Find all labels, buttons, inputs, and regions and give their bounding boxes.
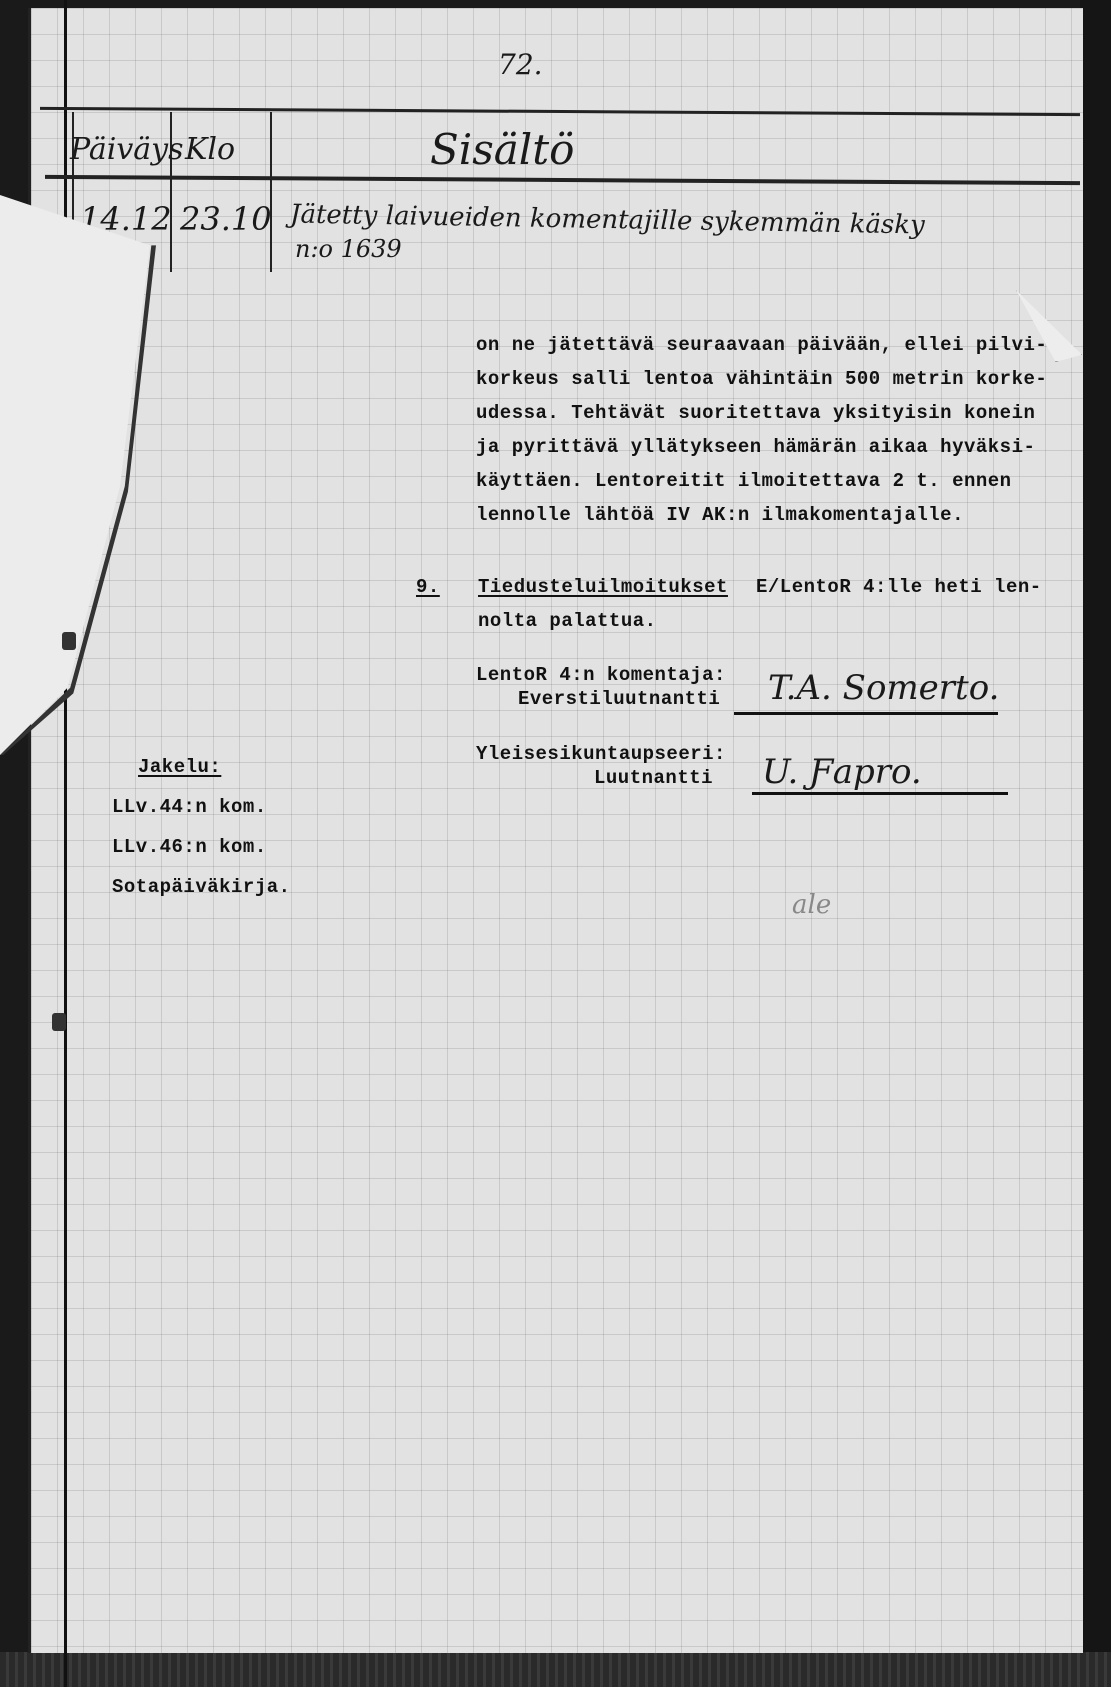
scan-background-right	[1080, 0, 1111, 1687]
header-time: Klo	[185, 132, 235, 167]
signer-title: Yleisesikuntaupseeri:	[476, 742, 726, 766]
signer-rank: Everstiluutnantti	[518, 687, 720, 711]
distribution-item: LLv.46:n kom.	[112, 830, 267, 864]
item-number: 9.	[416, 570, 440, 604]
signature-line	[734, 712, 998, 715]
header-content: Sisältö	[430, 125, 574, 174]
body-line: ja pyrittävä yllätykseen hämärän aikaa h…	[476, 430, 1047, 464]
body-line: on ne jätettävä seuraavaan päivään, elle…	[476, 328, 1047, 362]
item-heading: Tiedusteluilmoitukset	[478, 570, 728, 604]
signature: U. Ƒapro.	[762, 752, 922, 792]
distribution-heading: Jakelu:	[138, 750, 221, 784]
scan-background-bottom	[0, 1652, 1111, 1687]
column-divider-content	[270, 112, 272, 272]
header-date: Päiväys	[70, 132, 184, 167]
body-line: käyttäen. Lentoreitit ilmoitettava 2 t. …	[476, 464, 1047, 498]
body-line: udessa. Tehtävät suoritettava yksityisin…	[476, 396, 1047, 430]
signature: T.A. Somerto.	[768, 668, 999, 708]
body-line: lennolle lähtöä IV AK:n ilmakomentajalle…	[476, 498, 1047, 532]
entry-time: 23.10	[180, 200, 272, 238]
distribution-item: LLv.44:n kom.	[112, 790, 267, 824]
body-paragraph: on ne jätettävä seuraavaan päivään, elle…	[476, 328, 1047, 532]
entry-note-line2: n:o 1639	[295, 235, 402, 263]
distribution-item: Sotapäiväkirja.	[112, 870, 291, 904]
pencil-annotation: ale	[792, 890, 831, 920]
signature-line	[752, 792, 1008, 795]
item-text-line2: nolta palattua.	[478, 604, 657, 638]
signer-rank: Luutnantti	[594, 766, 713, 790]
staple	[62, 632, 76, 650]
page-number: 72.	[498, 48, 543, 81]
signer-title: LentoR 4:n komentaja:	[476, 663, 726, 687]
staple	[52, 1013, 66, 1031]
body-line: korkeus salli lentoa vähintäin 500 metri…	[476, 362, 1047, 396]
item-text-line1: E/LentoR 4:lle heti len-	[756, 570, 1042, 604]
